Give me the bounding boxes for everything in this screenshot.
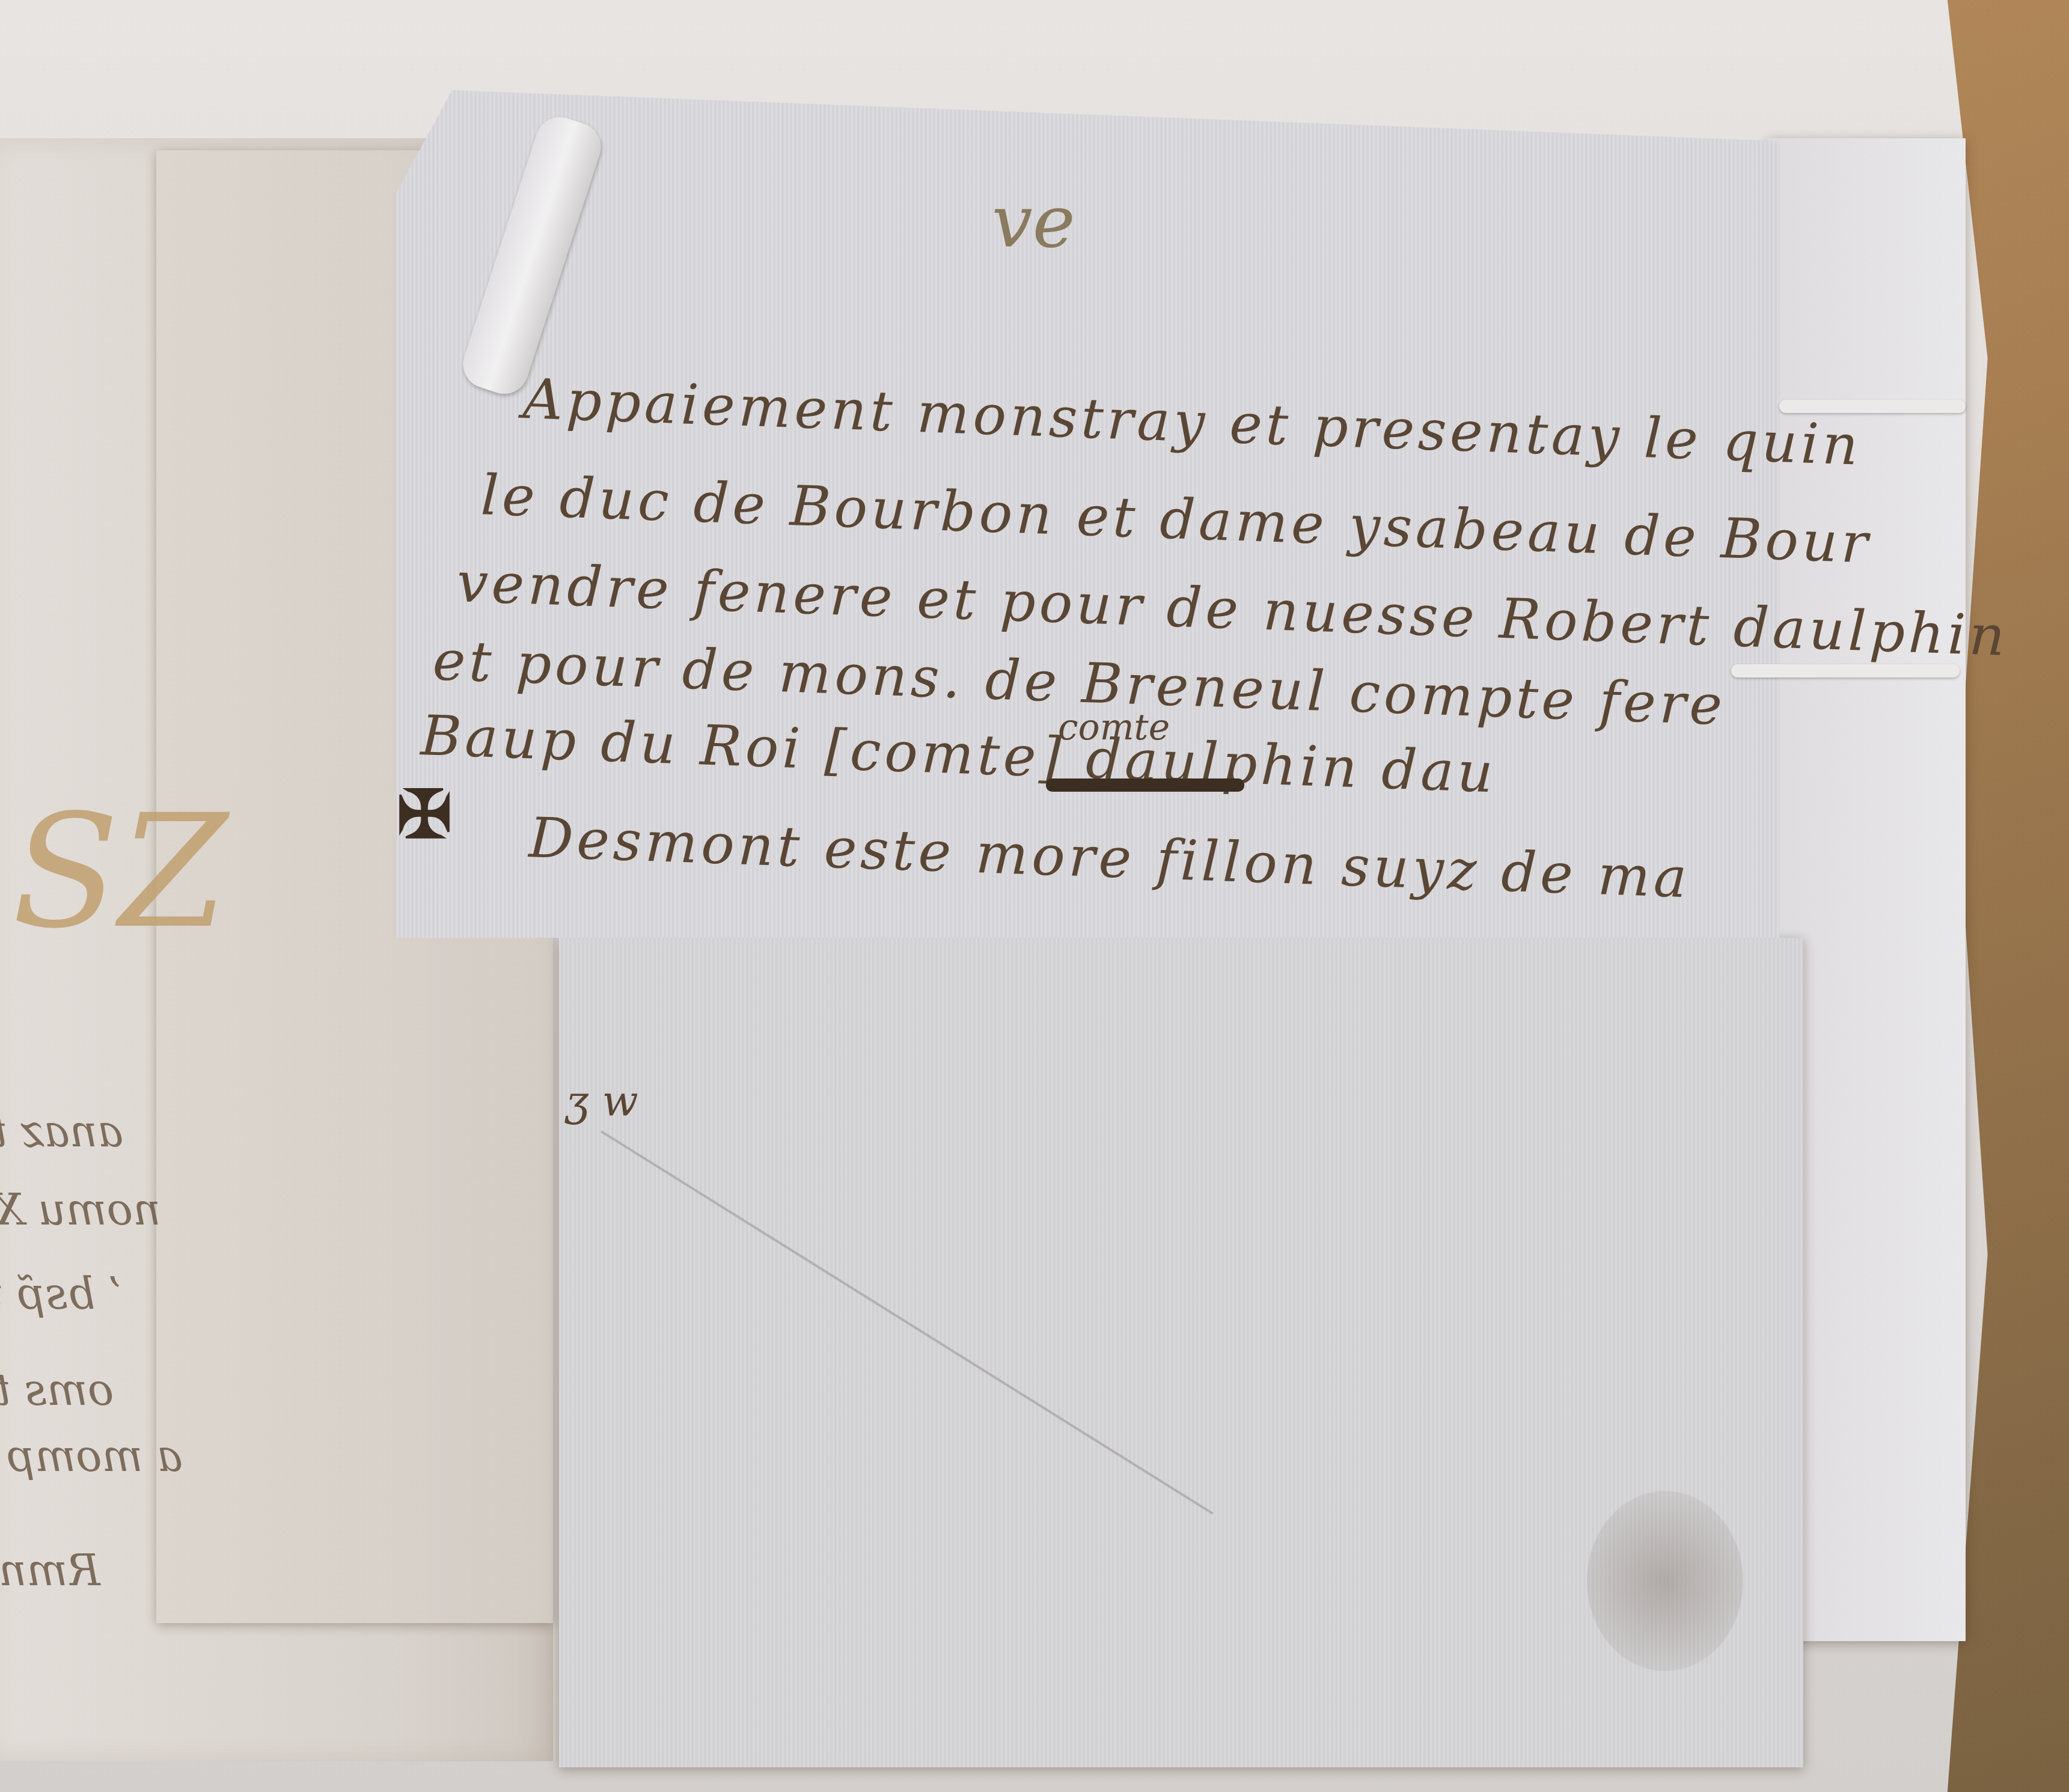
- mirrored-line-5: a momp !: [0, 1431, 183, 1481]
- margin-cross-mark: ✠: [397, 775, 452, 853]
- torn-edge-fragment: ʒ w: [565, 1076, 638, 1125]
- heading-mark: ve: [992, 180, 1075, 264]
- binding-string-lower: [1731, 664, 1960, 677]
- struck-word-line: [1046, 778, 1244, 792]
- mirrored-line-1: anaz ti: [0, 1106, 123, 1157]
- mirrored-line-3: ʼ bsp̃ u: [0, 1268, 123, 1319]
- large-faded-glyphs: SZ: [12, 781, 228, 963]
- mirrored-line-4: oms tt: [0, 1365, 114, 1415]
- ink-stain: [1587, 1491, 1743, 1671]
- mirrored-line-2: nomu Xt: [0, 1184, 160, 1235]
- interlinear-insertion: comte: [1058, 706, 1170, 748]
- mirrored-line-6: Rmnz: [0, 1545, 100, 1595]
